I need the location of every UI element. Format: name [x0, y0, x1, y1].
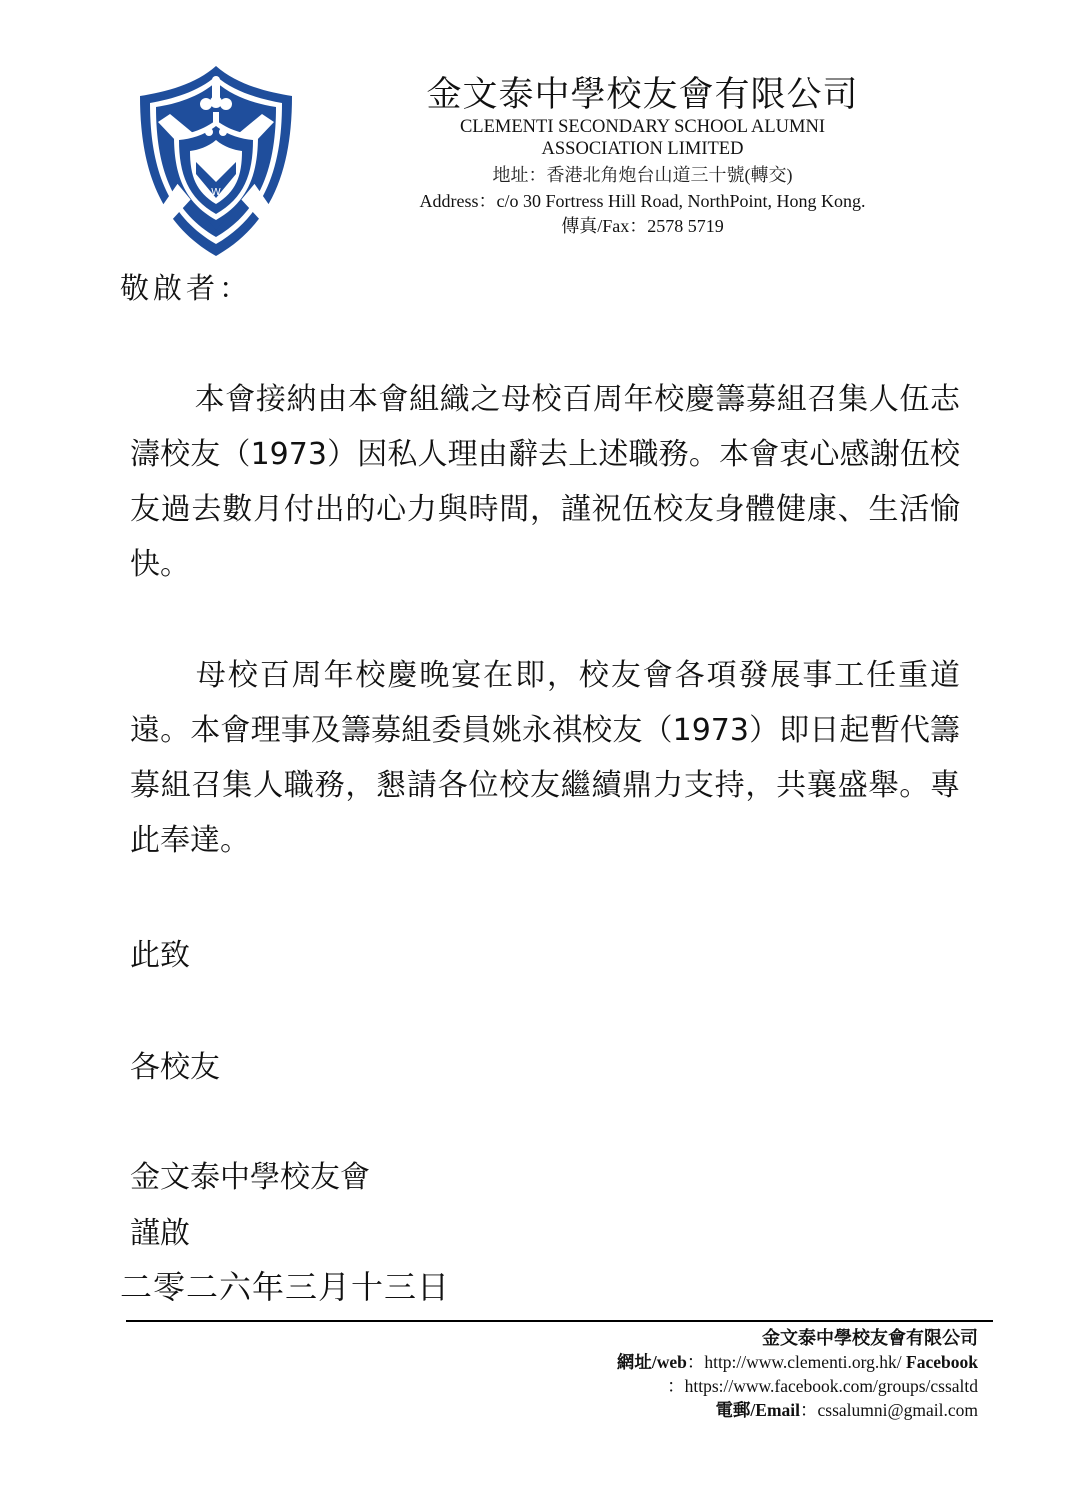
web-label: 網址/web [617, 1352, 687, 1372]
org-name-en-line1: CLEMENTI SECONDARY SCHOOL ALUMNI [380, 116, 905, 138]
org-name-en-line2: ASSOCIATION LIMITED [380, 138, 905, 160]
letter-date: 二零二六年三月十三日 [120, 1262, 450, 1308]
footer-divider [126, 1320, 993, 1322]
paragraph-1-text: 本會接納由本會組織之母校百周年校慶籌募組召集人伍志濤校友（1973）因私人理由辭… [130, 382, 960, 582]
signature-word: 謹啟 [130, 1208, 190, 1252]
signature-org: 金文泰中學校友會 [130, 1152, 370, 1196]
shield-icon: W [136, 62, 296, 258]
closing-line-2: 各校友 [130, 1042, 220, 1086]
org-name-cn: 金文泰中學校友會有限公司 [380, 74, 905, 116]
salutation: 敬啟者： [120, 266, 252, 307]
address-en: Address：c/o 30 Fortress Hill Road, North… [380, 188, 905, 214]
footer-web-line: 網址/web：http://www.clementi.org.hk/ Faceb… [617, 1350, 978, 1374]
closing-line-1: 此致 [130, 930, 190, 974]
paragraph-2-text: 母校百周年校慶晚宴在即，校友會各項發展事工任重道遠。本會理事及籌募組委員姚永祺校… [130, 658, 960, 858]
footer: 金文泰中學校友會有限公司 網址/web：http://www.clementi.… [617, 1326, 978, 1422]
fax-number: 傳真/Fax：2578 5719 [380, 214, 905, 238]
email-label: 電郵/Email [715, 1400, 800, 1420]
footer-org-name: 金文泰中學校友會有限公司 [617, 1326, 978, 1350]
email-link[interactable]: ：cssalumni@gmail.com [800, 1400, 978, 1420]
svg-text:W: W [211, 187, 221, 198]
school-shield-logo: W [136, 62, 296, 258]
footer-email-line: 電郵/Email：cssalumni@gmail.com [617, 1398, 978, 1422]
facebook-label: Facebook [906, 1352, 978, 1372]
paragraph-2: 母校百周年校慶晚宴在即，校友會各項發展事工任重道遠。本會理事及籌募組委員姚永祺校… [130, 648, 960, 868]
facebook-link[interactable]: ：https://www.facebook.com/groups/cssaltd [617, 1374, 978, 1398]
paragraph-1: 本會接納由本會組織之母校百周年校慶籌募組召集人伍志濤校友（1973）因私人理由辭… [130, 372, 960, 592]
web-link[interactable]: ：http://www.clementi.org.hk/ [687, 1352, 906, 1372]
letterhead: 金文泰中學校友會有限公司 CLEMENTI SECONDARY SCHOOL A… [380, 74, 905, 238]
address-cn: 地址：香港北角炮台山道三十號(轉交) [380, 162, 905, 188]
